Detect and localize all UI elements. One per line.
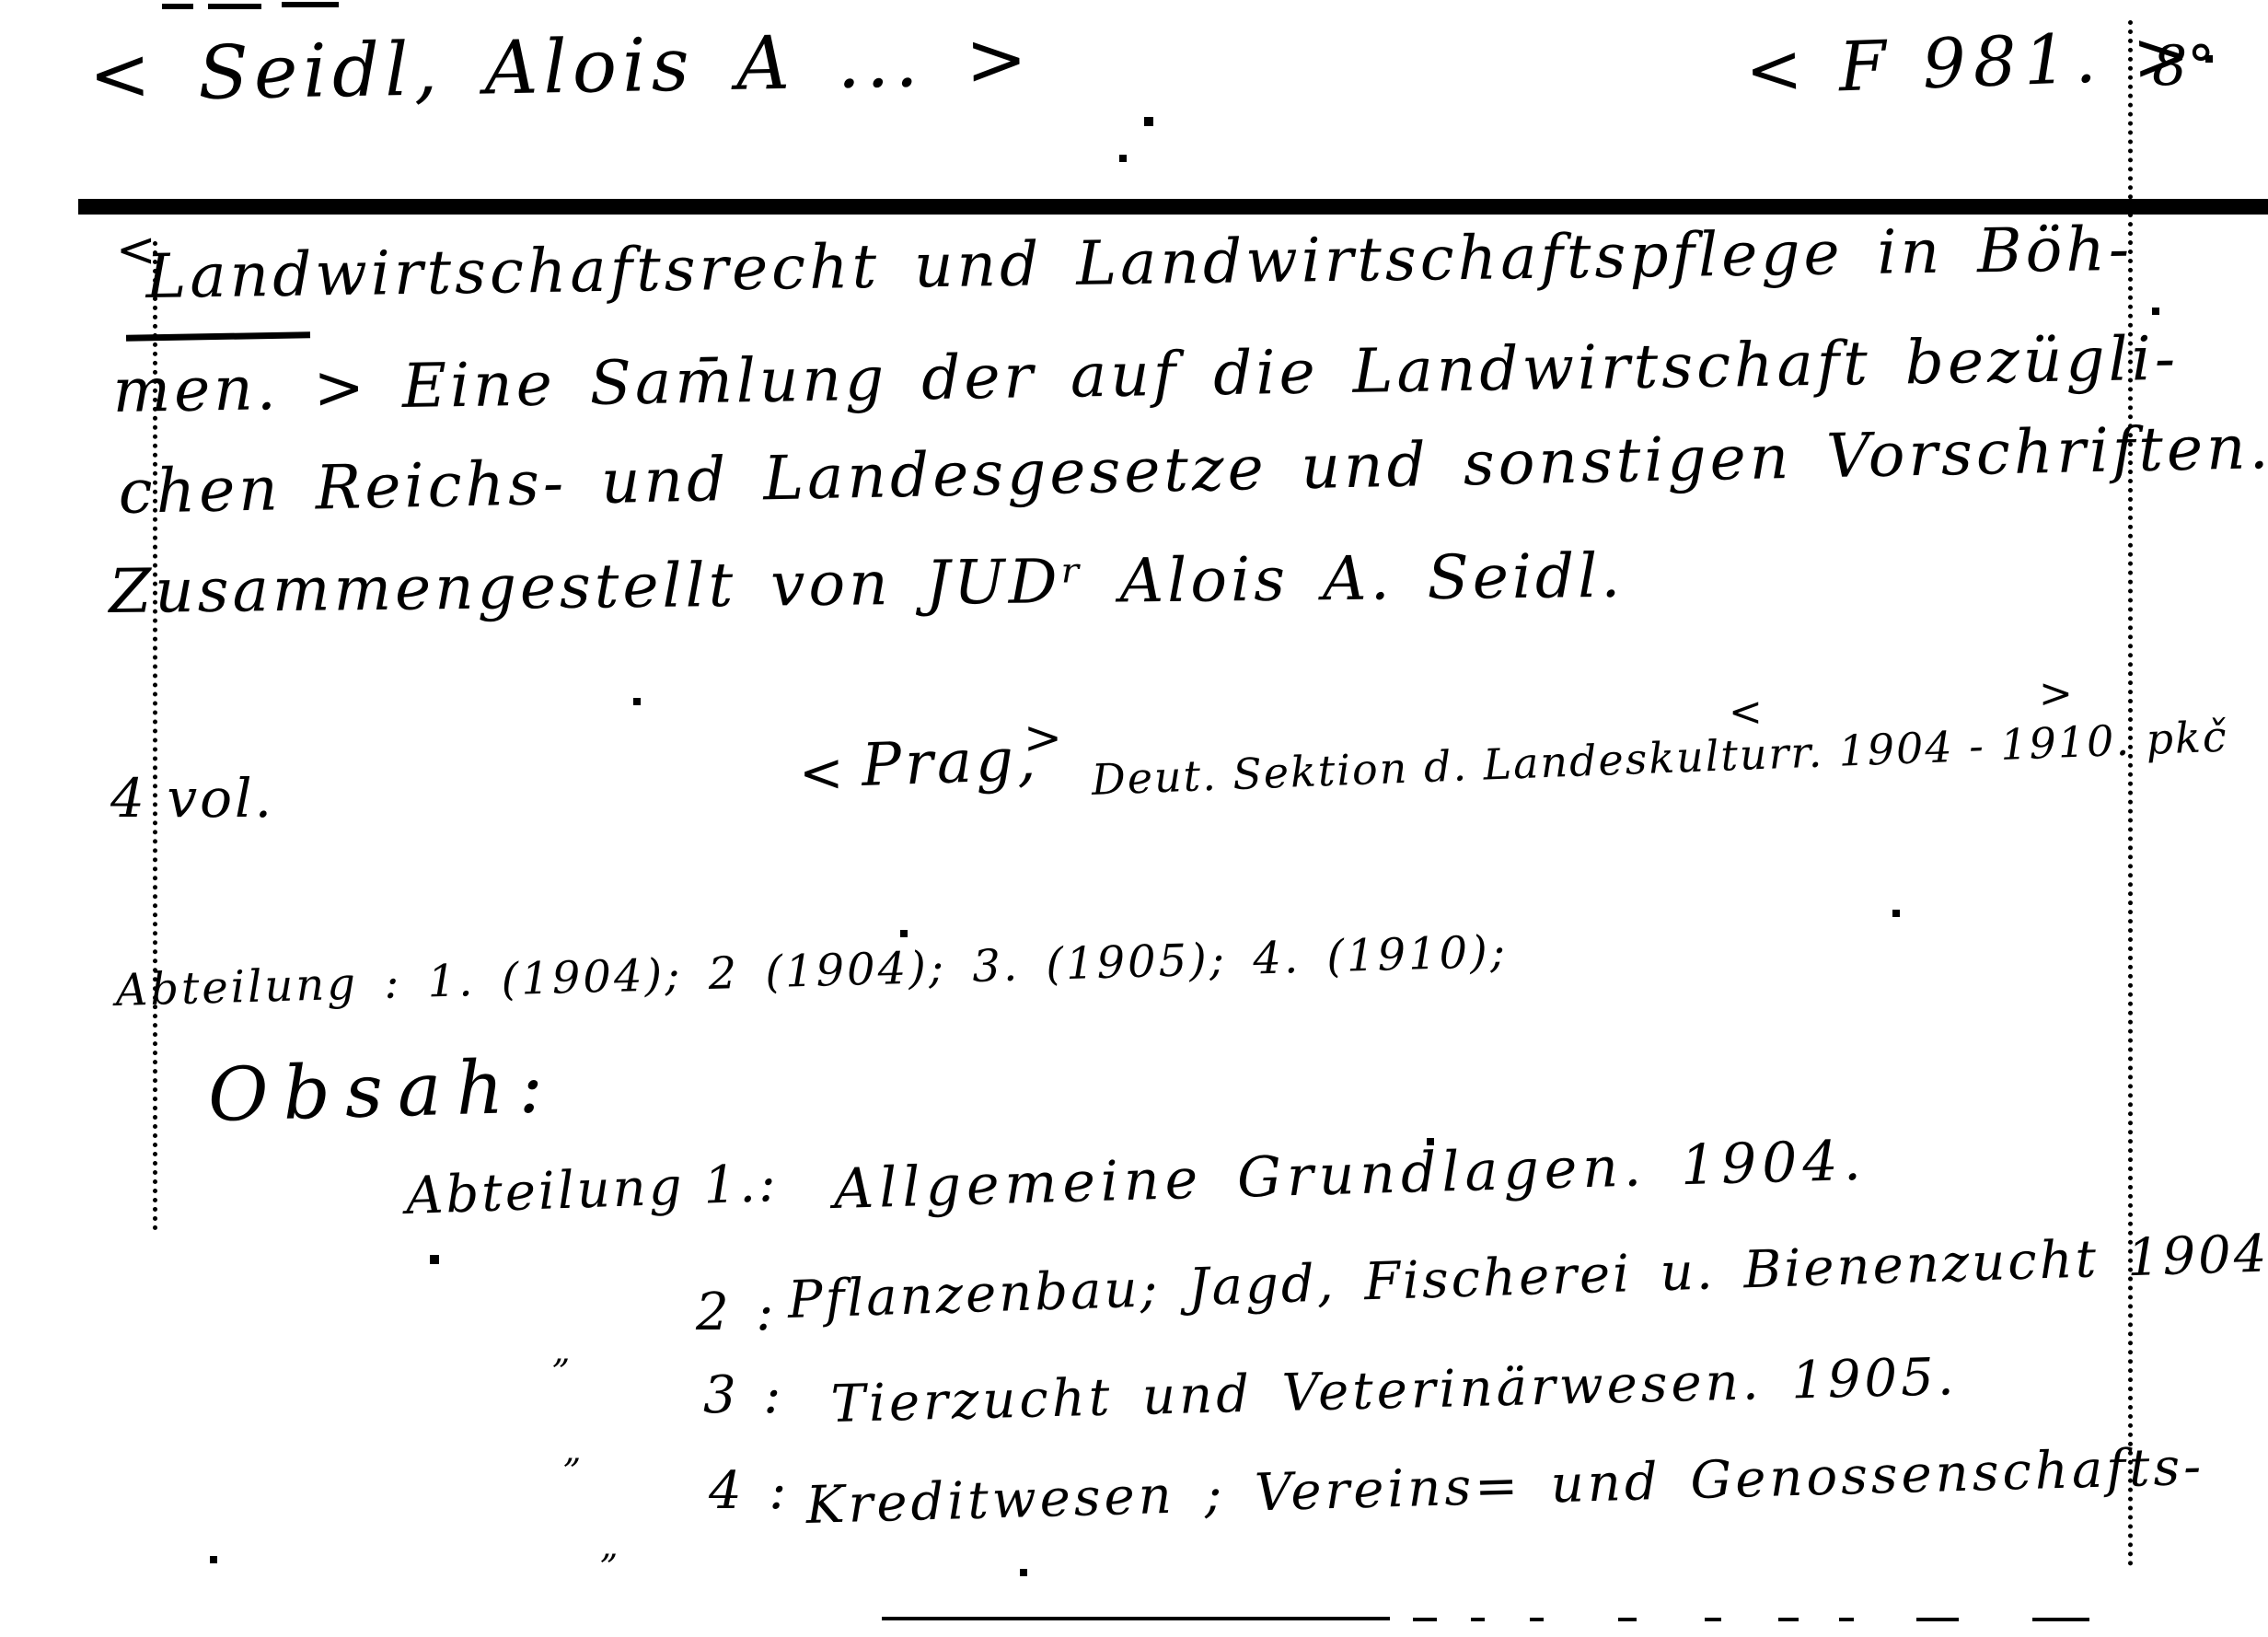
title-line-1: Landwirtschaftsrecht und Landwirtschafts… <box>145 219 2134 308</box>
scan-dash <box>1839 1618 1854 1621</box>
format-size: 8° <box>2152 39 2215 94</box>
contents-row-number: 4 : <box>709 1466 792 1517</box>
contents-row-text: Kreditwesen ; Vereins= und Genossenschaf… <box>805 1442 2205 1532</box>
title-line-4: Zusammengestellt von JUDʳ Alois A. Seidl… <box>109 546 1625 622</box>
scan-dash <box>282 2 339 7</box>
contents-row-text: Pflanzenbau; Jagd, Fischerei u. Bienenzu… <box>787 1228 2268 1327</box>
scan-dash <box>1530 1618 1544 1621</box>
insertion-mark: > <box>1024 714 1062 760</box>
contents-heading: Obsah: <box>207 1050 559 1132</box>
scan-dash <box>1618 1618 1637 1621</box>
ditto-mark: „ <box>552 1333 571 1368</box>
contents-row-text: Allgemeine Grundlagen. 1904. <box>833 1133 1867 1217</box>
insertion-mark: > <box>2039 674 2073 714</box>
scan-dash <box>208 4 261 9</box>
abteilung-summary-line: Abteilung : 1. (1904); 2 (1904); 3. (190… <box>115 930 1509 1013</box>
scan-dash <box>1471 1618 1485 1621</box>
header-rule <box>78 199 2268 215</box>
scan-dash <box>2032 1618 2089 1621</box>
scan-edge-line <box>882 1617 1390 1620</box>
publisher-and-dates: Deut. Sektion d. Landeskulturr. 1904 - 1… <box>1091 715 2228 801</box>
title-line-3: chen Reichs- und Landesgesetze und sonst… <box>118 417 2268 523</box>
insertion-mark: < <box>799 746 844 799</box>
scan-dash <box>162 4 193 9</box>
scan-dash <box>1778 1618 1799 1621</box>
contents-row-text: Tierzucht und Veterinärwesen. 1905. <box>830 1352 1958 1431</box>
scan-dash <box>1705 1618 1721 1621</box>
title-line-2: men. > Eine Sam̄lung der auf die Landwir… <box>112 329 2180 422</box>
insertion-mark: < <box>1729 692 1763 733</box>
contents-row-label: Abteilung 1.: <box>405 1158 780 1223</box>
volume-statement: 4 vol. <box>110 772 274 825</box>
catalog-card: < Seidl, Alois A ... > < F 981. > 8° < L… <box>0 0 2268 1637</box>
author-heading: < Seidl, Alois A ... > <box>88 22 1034 112</box>
contents-row-number: 2 : <box>696 1287 779 1339</box>
scan-dash <box>1413 1618 1437 1621</box>
publication-place: Prag, <box>861 730 1040 795</box>
contents-row-number: 3 : <box>703 1370 786 1422</box>
ditto-mark: „ <box>600 1528 619 1563</box>
scan-dash <box>1916 1618 1959 1621</box>
ditto-mark: „ <box>563 1433 582 1468</box>
scan-speckles <box>0 0 4 4</box>
